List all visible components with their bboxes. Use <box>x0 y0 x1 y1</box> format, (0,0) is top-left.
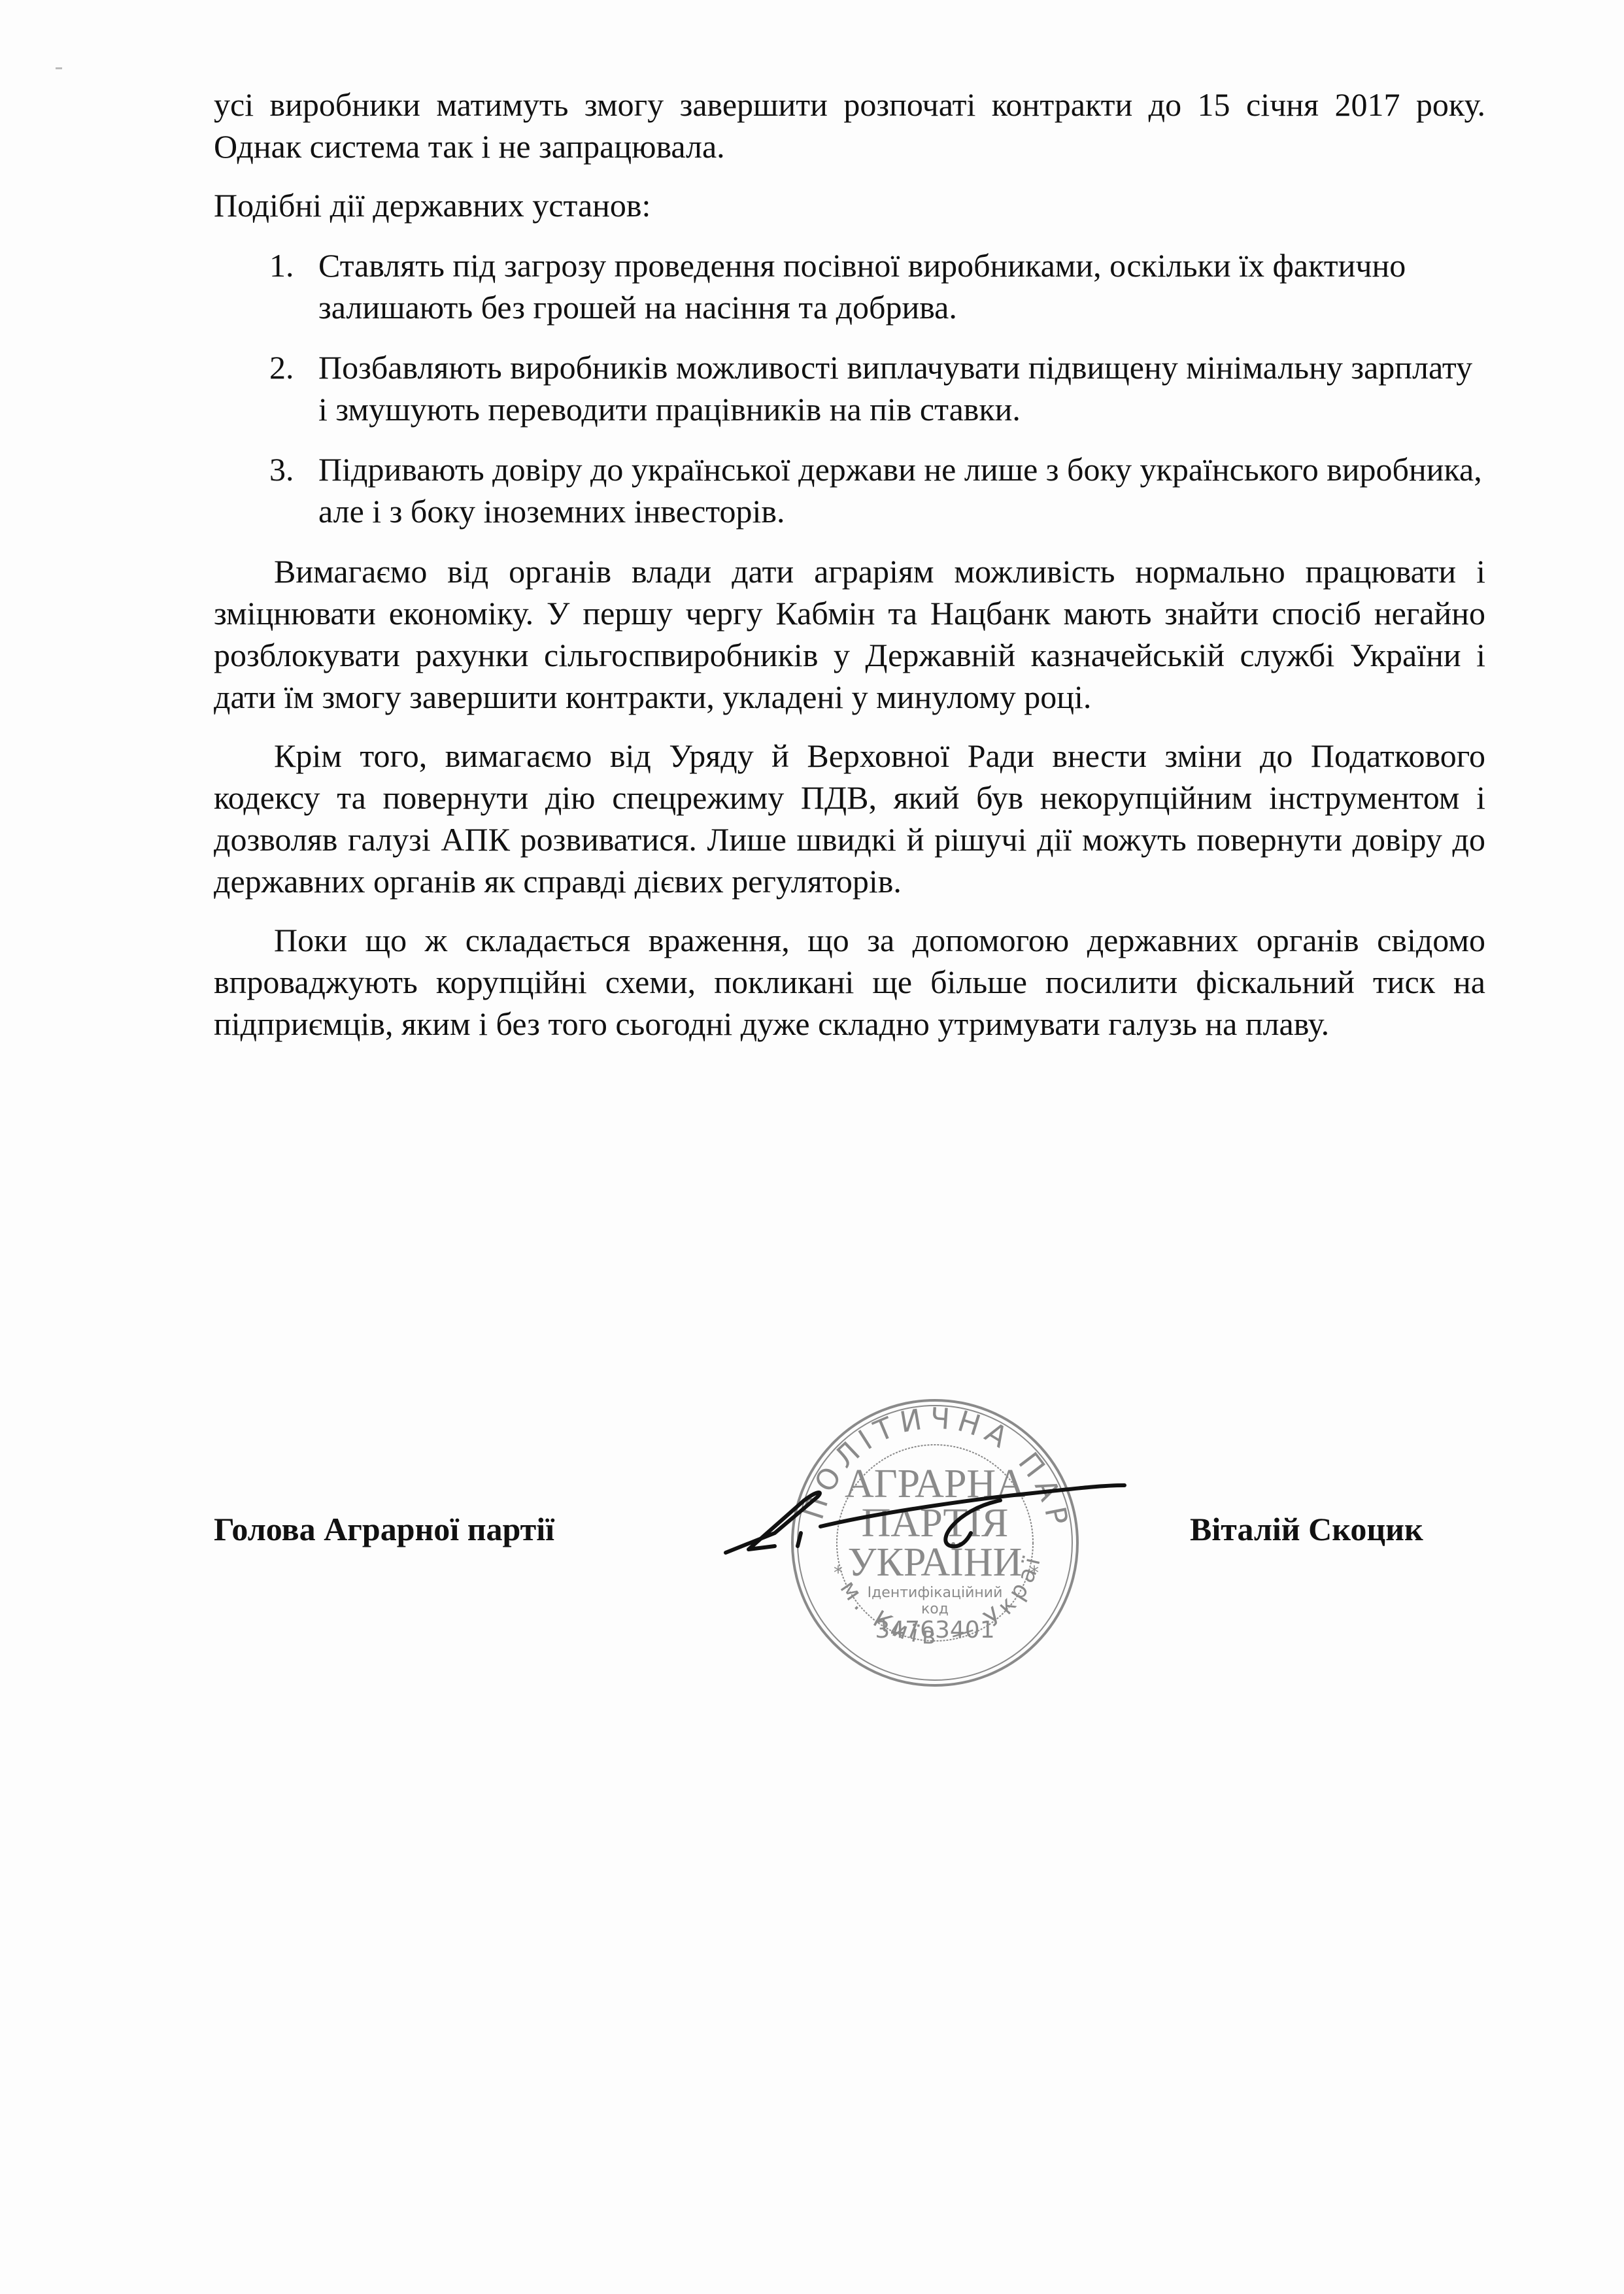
list-intro: Подібні дії державних установ: <box>214 184 1485 226</box>
list-item: 3. Підривають довіру до української держ… <box>214 448 1485 532</box>
list-number: 3. <box>269 448 294 490</box>
stamp-id-code: 34763401 <box>875 1617 994 1644</box>
document-body: усі виробники матимуть змогу завершити р… <box>214 84 1485 1062</box>
signatory-name: Віталій Скоцик <box>1190 1510 1423 1548</box>
list-item-text: Позбавляють виробників можливості виплач… <box>318 349 1472 428</box>
list-item-text: Ставлять під загрозу проведення посівної… <box>318 247 1406 326</box>
tax-code-paragraph: Крім того, вимагаємо від Уряду й Верховн… <box>214 735 1485 902</box>
signature-row: Голова Аграрної партії Віталій Скоцик <box>214 1510 1485 1562</box>
demand-paragraph: Вимагаємо від органів влади дати аграрія… <box>214 550 1485 718</box>
scan-artifact <box>56 67 62 69</box>
list-number: 2. <box>269 346 294 388</box>
continuation-paragraph: усі виробники матимуть змогу завершити р… <box>214 84 1485 167</box>
list-item: 2. Позбавляють виробників можливості вип… <box>214 346 1485 430</box>
stamp-id-label-2: код <box>921 1601 949 1617</box>
signatory-title: Голова Аграрної партії <box>214 1510 554 1548</box>
list-item: 1. Ставлять під загрозу проведення посів… <box>214 245 1485 328</box>
list-item-text: Підривають довіру до української держави… <box>318 451 1482 530</box>
list-number: 1. <box>269 245 294 286</box>
numbered-list: 1. Ставлять під загрозу проведення посів… <box>214 245 1485 532</box>
conclusion-paragraph: Поки що ж складається враження, що за до… <box>214 919 1485 1045</box>
